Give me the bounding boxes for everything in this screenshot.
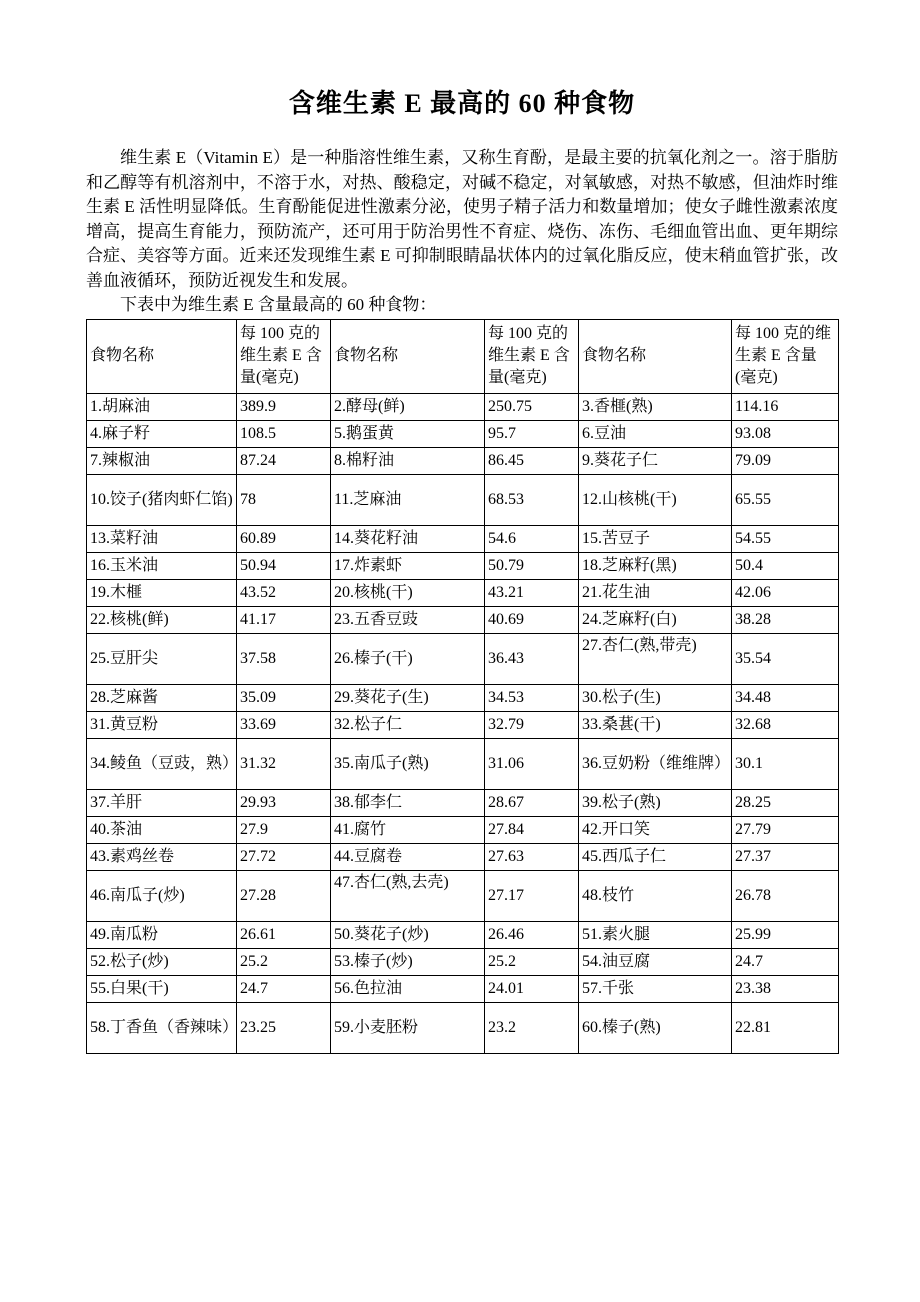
food-name-cell: 22.核桃(鲜) (87, 606, 237, 633)
document-page: 含维生素 E 最高的 60 种食物 维生素 E（Vitamin E）是一种脂溶性… (0, 0, 920, 1302)
food-name-cell: 50.葵花子(炒) (331, 921, 485, 948)
vitamin-e-value-cell: 87.24 (237, 447, 331, 474)
food-name-cell: 4.麻子籽 (87, 420, 237, 447)
vitamin-e-value-cell: 79.09 (732, 447, 839, 474)
vitamin-e-value-cell: 28.25 (732, 789, 839, 816)
food-name-cell: 43.素鸡丝卷 (87, 843, 237, 870)
vitamin-e-value-cell: 31.06 (485, 738, 579, 789)
food-name-cell: 12.山核桃(干) (579, 474, 732, 525)
vitamin-e-value-cell: 27.17 (485, 870, 579, 921)
food-name-header: 食物名称 (331, 319, 485, 393)
vitamin-e-value-cell: 26.46 (485, 921, 579, 948)
vitamin-e-value-cell: 25.2 (485, 948, 579, 975)
vitamin-e-value-cell: 32.79 (485, 711, 579, 738)
vitamin-e-food-table: 食物名称 每 100 克的维生素 E 含量(毫克) 食物名称 每 100 克的维… (86, 319, 839, 1054)
food-name-cell: 25.豆肝尖 (87, 633, 237, 684)
vitamin-e-value-cell: 30.1 (732, 738, 839, 789)
table-row: 34.鲮鱼（豆豉，熟）31.3235.南瓜子(熟)31.0636.豆奶粉（维维牌… (87, 738, 839, 789)
food-name-cell: 36.豆奶粉（维维牌） (579, 738, 732, 789)
table-row: 7.辣椒油87.248.棉籽油86.459.葵花子仁79.09 (87, 447, 839, 474)
food-name-cell: 23.五香豆豉 (331, 606, 485, 633)
vitamin-e-value-cell: 60.89 (237, 525, 331, 552)
vitamin-e-value-cell: 24.7 (237, 975, 331, 1002)
food-name-cell: 30.松子(生) (579, 684, 732, 711)
food-name-cell: 44.豆腐卷 (331, 843, 485, 870)
vitamin-e-value-cell: 40.69 (485, 606, 579, 633)
food-name-header: 食物名称 (87, 319, 237, 393)
food-name-cell: 47.杏仁(熟,去壳) (331, 870, 485, 921)
vitamin-e-value-cell: 37.58 (237, 633, 331, 684)
vitamin-e-value-cell: 24.7 (732, 948, 839, 975)
vitamin-e-value-cell: 38.28 (732, 606, 839, 633)
table-row: 19.木榧43.5220.核桃(干)43.2121.花生油42.06 (87, 579, 839, 606)
vitamin-e-value-cell: 33.69 (237, 711, 331, 738)
vitamin-e-value-cell: 32.68 (732, 711, 839, 738)
vitamin-e-value-cell: 23.2 (485, 1002, 579, 1053)
vitamin-e-value-cell: 93.08 (732, 420, 839, 447)
food-name-cell: 52.松子(炒) (87, 948, 237, 975)
table-row: 4.麻子籽108.55.鹅蛋黄95.76.豆油93.08 (87, 420, 839, 447)
food-name-cell: 32.松子仁 (331, 711, 485, 738)
table-body: 1.胡麻油389.92.酵母(鲜)250.753.香榧(熟)114.164.麻子… (87, 393, 839, 1053)
vitamin-e-value-cell: 108.5 (237, 420, 331, 447)
food-name-cell: 14.葵花籽油 (331, 525, 485, 552)
food-name-header: 食物名称 (579, 319, 732, 393)
document-title: 含维生素 E 最高的 60 种食物 (86, 88, 838, 120)
food-name-cell: 49.南瓜粉 (87, 921, 237, 948)
vitamin-e-value-cell: 86.45 (485, 447, 579, 474)
table-row: 13.菜籽油60.8914.葵花籽油54.615.苦豆子54.55 (87, 525, 839, 552)
table-lead-sentence: 下表中为维生素 E 含量最高的 60 种食物： (86, 293, 838, 318)
table-row: 22.核桃(鲜)41.1723.五香豆豉40.6924.芝麻籽(白)38.28 (87, 606, 839, 633)
table-header-row: 食物名称 每 100 克的维生素 E 含量(毫克) 食物名称 每 100 克的维… (87, 319, 839, 393)
food-name-cell: 13.菜籽油 (87, 525, 237, 552)
food-name-cell: 57.千张 (579, 975, 732, 1002)
table-row: 46.南瓜子(炒)27.2847.杏仁(熟,去壳)27.1748.枝竹26.78 (87, 870, 839, 921)
vitamin-e-value-cell: 43.52 (237, 579, 331, 606)
food-name-cell: 60.榛子(熟) (579, 1002, 732, 1053)
food-name-cell: 9.葵花子仁 (579, 447, 732, 474)
table-row: 25.豆肝尖37.5826.榛子(干)36.4327.杏仁(熟,带壳)35.54 (87, 633, 839, 684)
vitamin-e-value-cell: 34.48 (732, 684, 839, 711)
food-name-cell: 53.榛子(炒) (331, 948, 485, 975)
food-name-cell: 37.羊肝 (87, 789, 237, 816)
food-name-cell: 35.南瓜子(熟) (331, 738, 485, 789)
food-name-cell: 1.胡麻油 (87, 393, 237, 420)
vitamin-e-value-cell: 27.37 (732, 843, 839, 870)
vitamin-e-value-cell: 28.67 (485, 789, 579, 816)
food-name-cell: 6.豆油 (579, 420, 732, 447)
food-name-cell: 8.棉籽油 (331, 447, 485, 474)
vitamin-e-value-cell: 27.9 (237, 816, 331, 843)
table-row: 1.胡麻油389.92.酵母(鲜)250.753.香榧(熟)114.16 (87, 393, 839, 420)
food-name-cell: 45.西瓜子仁 (579, 843, 732, 870)
table-row: 37.羊肝29.9338.郁李仁28.6739.松子(熟)28.25 (87, 789, 839, 816)
food-name-cell: 29.葵花子(生) (331, 684, 485, 711)
food-name-cell: 40.茶油 (87, 816, 237, 843)
vitamin-e-value-cell: 27.84 (485, 816, 579, 843)
vitamin-e-value-cell: 24.01 (485, 975, 579, 1002)
vitamin-e-value-cell: 23.25 (237, 1002, 331, 1053)
food-name-cell: 55.白果(干) (87, 975, 237, 1002)
vitamin-e-value-cell: 50.94 (237, 552, 331, 579)
vitamin-e-value-cell: 50.4 (732, 552, 839, 579)
food-name-cell: 21.花生油 (579, 579, 732, 606)
vitamin-e-value-cell: 26.61 (237, 921, 331, 948)
food-name-cell: 2.酵母(鲜) (331, 393, 485, 420)
vitamin-e-value-cell: 250.75 (485, 393, 579, 420)
table-row: 28.芝麻酱35.0929.葵花子(生)34.5330.松子(生)34.48 (87, 684, 839, 711)
food-name-cell: 48.枝竹 (579, 870, 732, 921)
vitamin-e-content-header: 每 100 克的维生素 E 含量(毫克) (237, 319, 331, 393)
table-row: 31.黄豆粉33.6932.松子仁32.7933.桑葚(干)32.68 (87, 711, 839, 738)
vitamin-e-value-cell: 54.6 (485, 525, 579, 552)
vitamin-e-value-cell: 34.53 (485, 684, 579, 711)
vitamin-e-value-cell: 27.79 (732, 816, 839, 843)
vitamin-e-value-cell: 27.63 (485, 843, 579, 870)
food-name-cell: 33.桑葚(干) (579, 711, 732, 738)
vitamin-e-value-cell: 95.7 (485, 420, 579, 447)
food-name-cell: 28.芝麻酱 (87, 684, 237, 711)
table-row: 55.白果(干)24.756.色拉油24.0157.千张23.38 (87, 975, 839, 1002)
vitamin-e-value-cell: 43.21 (485, 579, 579, 606)
food-name-cell: 15.苦豆子 (579, 525, 732, 552)
vitamin-e-value-cell: 78 (237, 474, 331, 525)
vitamin-e-value-cell: 23.38 (732, 975, 839, 1002)
table-row: 10.饺子(猪肉虾仁馅)7811.芝麻油68.5312.山核桃(干)65.55 (87, 474, 839, 525)
food-name-cell: 27.杏仁(熟,带壳) (579, 633, 732, 684)
table-row: 52.松子(炒)25.253.榛子(炒)25.254.油豆腐24.7 (87, 948, 839, 975)
table-row: 40.茶油27.941.腐竹27.8442.开口笑27.79 (87, 816, 839, 843)
vitamin-e-value-cell: 27.28 (237, 870, 331, 921)
food-name-cell: 39.松子(熟) (579, 789, 732, 816)
food-name-cell: 46.南瓜子(炒) (87, 870, 237, 921)
vitamin-e-value-cell: 36.43 (485, 633, 579, 684)
vitamin-e-value-cell: 50.79 (485, 552, 579, 579)
food-name-cell: 16.玉米油 (87, 552, 237, 579)
food-name-cell: 34.鲮鱼（豆豉，熟） (87, 738, 237, 789)
food-name-cell: 54.油豆腐 (579, 948, 732, 975)
vitamin-e-value-cell: 114.16 (732, 393, 839, 420)
food-name-cell: 59.小麦胚粉 (331, 1002, 485, 1053)
vitamin-e-value-cell: 68.53 (485, 474, 579, 525)
vitamin-e-value-cell: 25.99 (732, 921, 839, 948)
food-name-cell: 18.芝麻籽(黑) (579, 552, 732, 579)
food-name-cell: 7.辣椒油 (87, 447, 237, 474)
table-row: 43.素鸡丝卷27.7244.豆腐卷27.6345.西瓜子仁27.37 (87, 843, 839, 870)
food-name-cell: 17.炸素虾 (331, 552, 485, 579)
vitamin-e-value-cell: 35.54 (732, 633, 839, 684)
vitamin-e-value-cell: 26.78 (732, 870, 839, 921)
food-name-cell: 38.郁李仁 (331, 789, 485, 816)
food-name-cell: 5.鹅蛋黄 (331, 420, 485, 447)
vitamin-e-content-header: 每 100 克的维生素 E 含量(毫克) (485, 319, 579, 393)
food-name-cell: 11.芝麻油 (331, 474, 485, 525)
vitamin-e-value-cell: 31.32 (237, 738, 331, 789)
vitamin-e-content-header: 每 100 克的维生素 E 含量(毫克) (732, 319, 839, 393)
food-name-cell: 42.开口笑 (579, 816, 732, 843)
vitamin-e-value-cell: 29.93 (237, 789, 331, 816)
food-name-cell: 19.木榧 (87, 579, 237, 606)
food-name-cell: 58.丁香鱼（香辣味） (87, 1002, 237, 1053)
vitamin-e-value-cell: 35.09 (237, 684, 331, 711)
vitamin-e-value-cell: 22.81 (732, 1002, 839, 1053)
vitamin-e-value-cell: 389.9 (237, 393, 331, 420)
food-name-cell: 3.香榧(熟) (579, 393, 732, 420)
food-name-cell: 26.榛子(干) (331, 633, 485, 684)
food-name-cell: 51.素火腿 (579, 921, 732, 948)
food-name-cell: 31.黄豆粉 (87, 711, 237, 738)
food-name-cell: 56.色拉油 (331, 975, 485, 1002)
table-row: 58.丁香鱼（香辣味）23.2559.小麦胚粉23.260.榛子(熟)22.81 (87, 1002, 839, 1053)
vitamin-e-value-cell: 54.55 (732, 525, 839, 552)
intro-paragraph: 维生素 E（Vitamin E）是一种脂溶性维生素，又称生育酚，是最主要的抗氧化… (86, 146, 838, 293)
food-name-cell: 24.芝麻籽(白) (579, 606, 732, 633)
vitamin-e-value-cell: 65.55 (732, 474, 839, 525)
table-row: 16.玉米油50.9417.炸素虾50.7918.芝麻籽(黑)50.4 (87, 552, 839, 579)
food-name-cell: 20.核桃(干) (331, 579, 485, 606)
food-name-cell: 41.腐竹 (331, 816, 485, 843)
table-row: 49.南瓜粉26.6150.葵花子(炒)26.4651.素火腿25.99 (87, 921, 839, 948)
vitamin-e-value-cell: 42.06 (732, 579, 839, 606)
vitamin-e-value-cell: 27.72 (237, 843, 331, 870)
vitamin-e-value-cell: 41.17 (237, 606, 331, 633)
food-name-cell: 10.饺子(猪肉虾仁馅) (87, 474, 237, 525)
vitamin-e-value-cell: 25.2 (237, 948, 331, 975)
